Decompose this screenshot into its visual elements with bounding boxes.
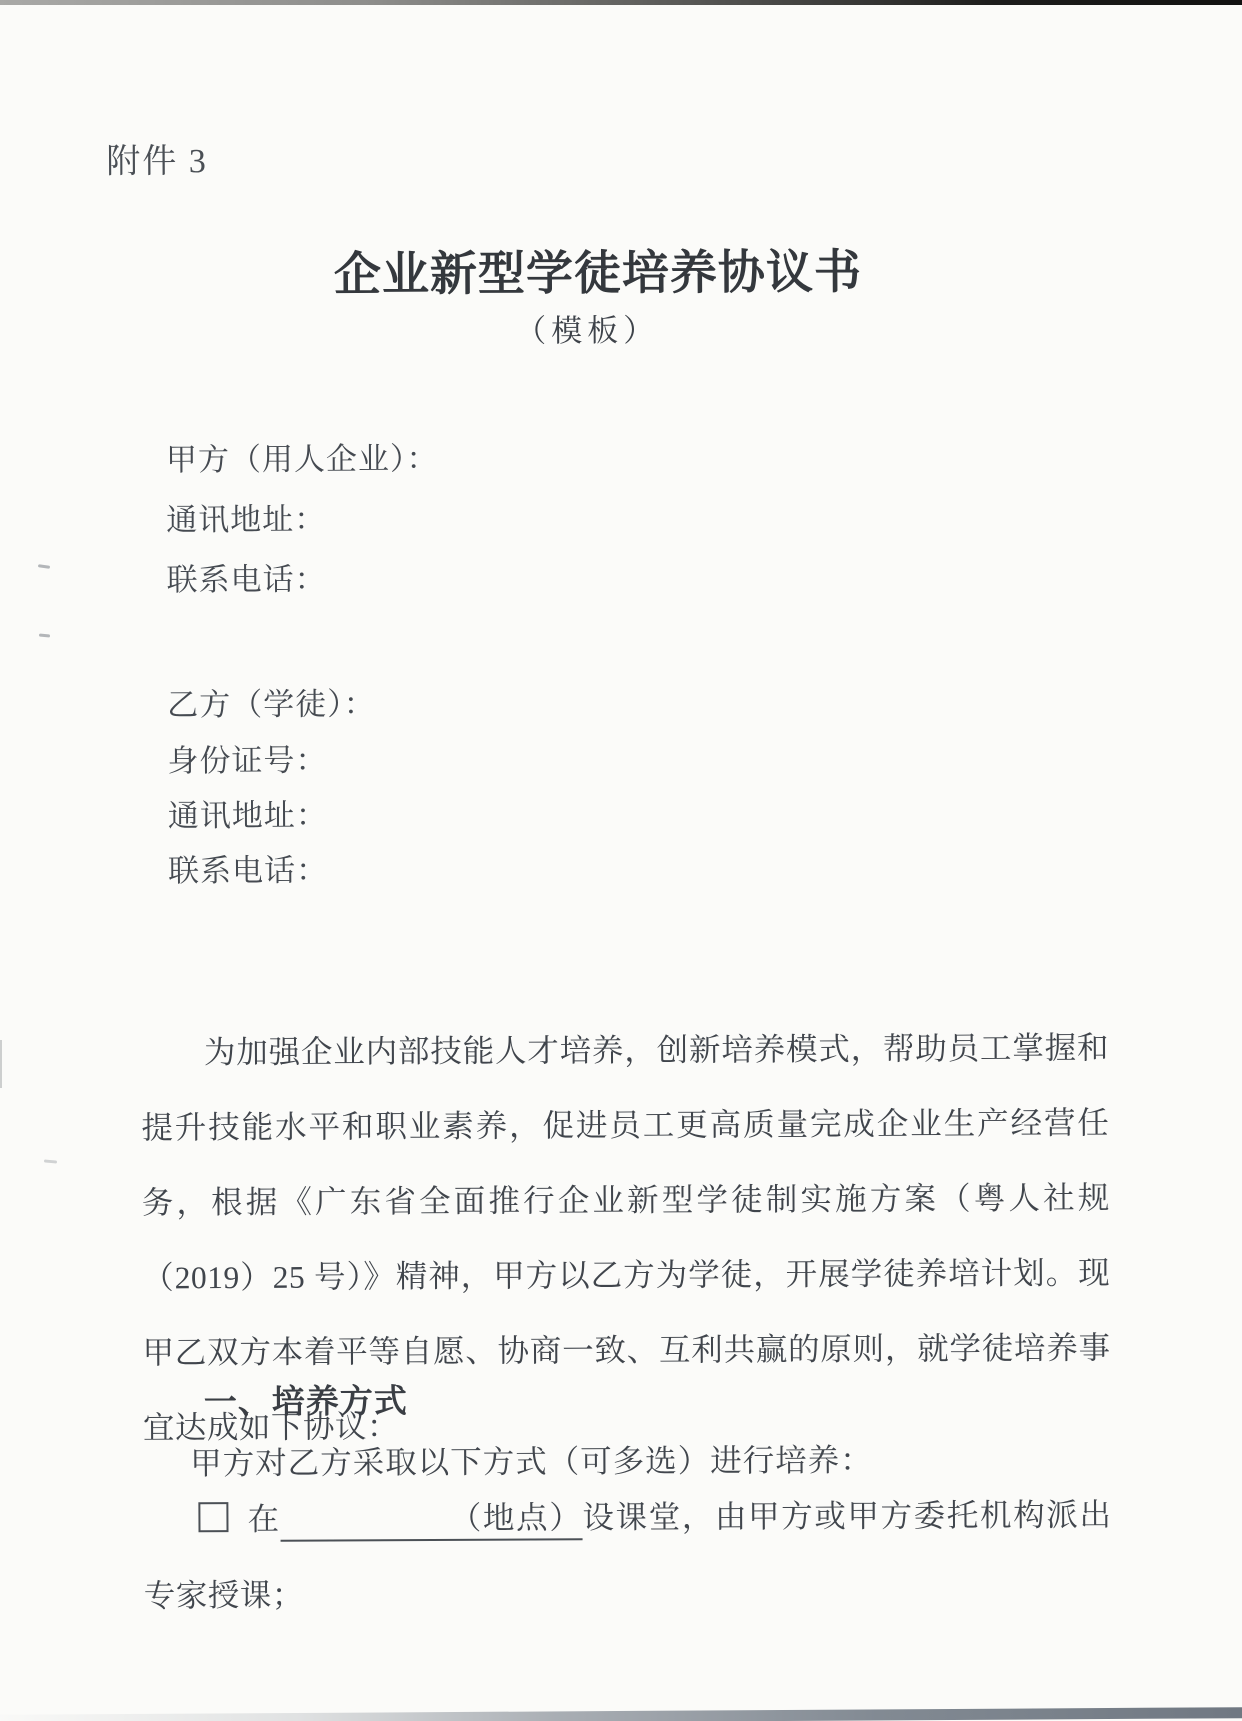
party-b-name-label: 乙方（学徒）： (167, 678, 376, 724)
party-a-name-label: 甲方（用人企业）： (166, 433, 439, 479)
party-b-phone-label: 联系电话： (168, 845, 328, 891)
document-content: 附件 3 企业新型学徒培养协议书 （模板） 甲方（用人企业）： 通讯地址： 联系… (0, 0, 1242, 1721)
checkbox-icon (198, 1502, 228, 1532)
attachment-label: 附件 3 (106, 133, 208, 183)
training-option-item: 在（地点）设课堂，由甲方或甲方委托机构派出专家授课； (143, 1477, 1112, 1634)
section-1-heading: 一、培养方式 (204, 1375, 408, 1423)
section-1-intro: 甲方对乙方采取以下方式（可多选）进行培养： (190, 1436, 873, 1485)
scanned-document-page: 附件 3 企业新型学徒培养协议书 （模板） 甲方（用人企业）： 通讯地址： 联系… (0, 0, 1242, 1721)
party-a-phone-label: 联系电话： (166, 554, 326, 600)
document-subtitle: （模板） (515, 305, 659, 351)
option-prefix-text: 在 (246, 1502, 280, 1537)
blank-underline (281, 1529, 449, 1530)
blank-suffix-text: （地点） (449, 1500, 583, 1536)
location-blank-field: （地点） (281, 1500, 583, 1542)
party-b-address-label: 通讯地址： (168, 790, 328, 836)
document-title: 企业新型学徒培养协议书 (334, 235, 862, 305)
party-a-address-label: 通讯地址： (166, 494, 326, 540)
party-b-id-label: 身份证号： (167, 735, 327, 781)
